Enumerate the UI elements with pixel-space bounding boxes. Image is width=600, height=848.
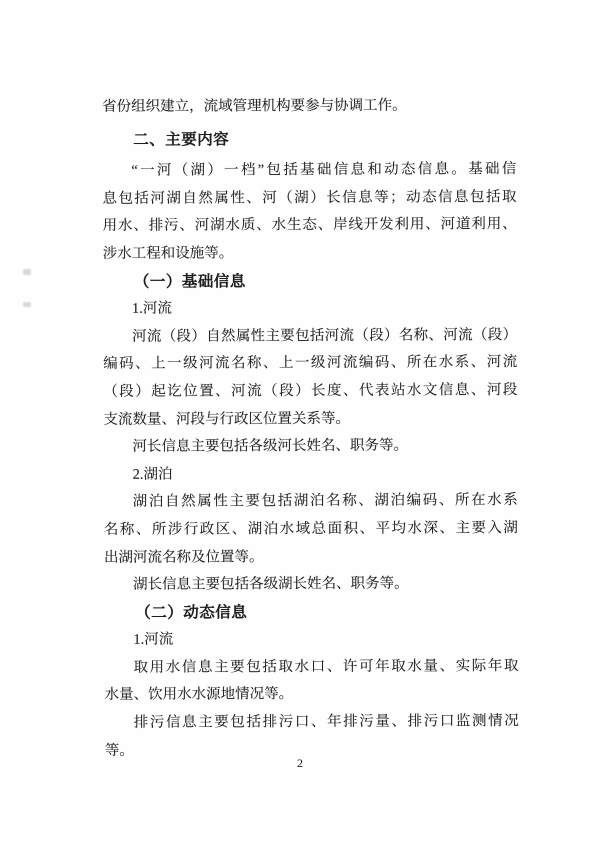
- doc-line: 排污信息主要包括排污口、年排污量、排污口监测情况: [105, 708, 519, 737]
- sub-heading: （一）基础信息: [103, 267, 517, 296]
- sub-heading: （二）动态信息: [104, 598, 518, 627]
- doc-line: 湖泊自然属性主要包括湖泊名称、湖泊编码、所在水系: [104, 487, 518, 516]
- doc-line: 省份组织建立，流域管理机构要参与协调工作。: [102, 92, 516, 121]
- doc-line: 河长信息主要包括各级河长姓名、职务等。: [103, 432, 517, 461]
- doc-line: 取用水信息主要包括取水口、许可年取水量、实际年取: [104, 653, 518, 682]
- numbered-item: 1.河流: [104, 625, 518, 654]
- doc-line: 息包括河湖自然属性、河（湖）长信息等；动态信息包括取: [102, 184, 516, 213]
- scan-artifact-smudge: [23, 269, 31, 275]
- section-heading: 二、主要内容: [102, 125, 516, 154]
- doc-line: 湖长信息主要包括各级湖长姓名、职务等。: [104, 570, 518, 599]
- scanned-document-page: 省份组织建立，流域管理机构要参与协调工作。 二、主要内容 “一河（湖）一档”包括…: [0, 0, 600, 848]
- doc-line: 名称、所涉行政区、湖泊水域总面积、平均水深、主要入湖: [104, 515, 518, 544]
- doc-line: “一河（湖）一档”包括基础信息和动态信息。基础信: [102, 156, 516, 185]
- page-number: 2: [0, 756, 600, 771]
- scan-artifact-smudge: [23, 302, 31, 307]
- numbered-item: 1.河流: [103, 294, 517, 323]
- doc-line: 编码、上一级河流名称、上一级河流编码、所在水系、河流: [103, 349, 517, 378]
- doc-line: 水量、饮用水水源地情况等。: [105, 681, 519, 710]
- doc-line: 出湖河流名称及位置等。: [104, 543, 518, 572]
- doc-line: 用水、排污、河湖水质、水生态、岸线开发利用、河道利用、: [103, 211, 517, 240]
- numbered-item: 2.湖泊: [104, 460, 518, 489]
- doc-line: （段）起讫位置、河流（段）长度、代表站水文信息、河段: [103, 377, 517, 406]
- document-body: 省份组织建立，流域管理机构要参与协调工作。 二、主要内容 “一河（湖）一档”包括…: [102, 92, 519, 765]
- doc-line: 支流数量、河段与行政区位置关系等。: [103, 405, 517, 434]
- doc-line: 涉水工程和设施等。: [103, 239, 517, 268]
- doc-line: 河流（段）自然属性主要包括河流（段）名称、河流（段）: [103, 322, 517, 351]
